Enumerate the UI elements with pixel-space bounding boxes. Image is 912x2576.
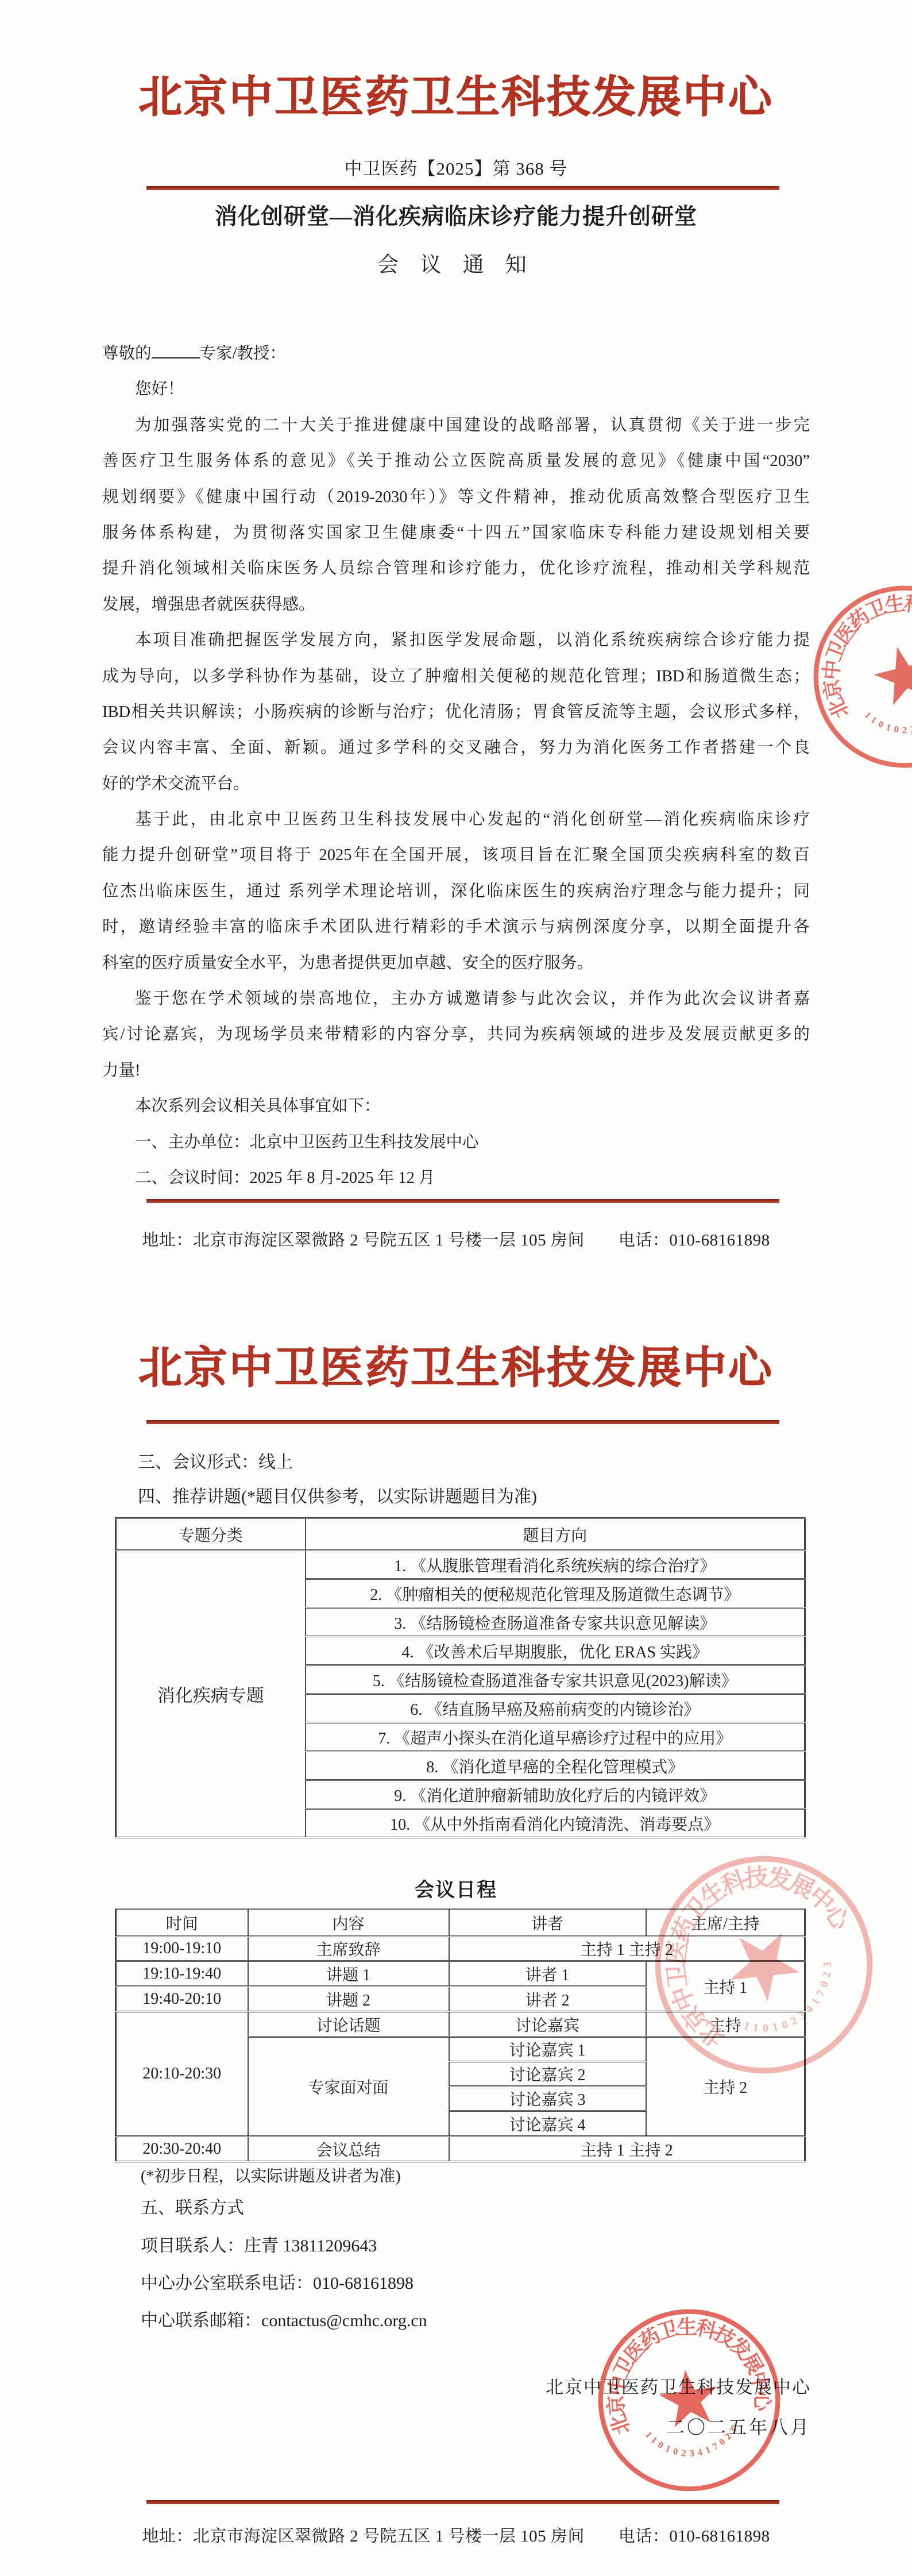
footer-address-page1: 地址：北京市海淀区翠微路 2 号院五区 1 号楼一层 105 房间 电话：010… (0, 1227, 912, 1251)
body-line: 服务体系构建，为贯彻落实国家卫生健康委“十四五”国家临床专科能力建设规划相关要 (102, 515, 810, 551)
closing-date: 二〇二五年八月 (666, 2413, 811, 2439)
footer-address-page2: 地址：北京市海淀区翠微路 2 号院五区 1 号楼一层 105 房间 电话：010… (0, 2523, 912, 2547)
item-contact: 五、联系方式 (141, 2193, 244, 2219)
agenda-cell-time: 19:40-20:10 (116, 1987, 248, 2012)
topic-row: 5. 《结肠镜检查肠道准备专家共识意见(2023)解读》 (306, 1665, 805, 1694)
body-line: 位杰出临床医生，通过 系列学术理论培训，深化临床医生的疾病治疗理念与能力提升；同 (102, 874, 810, 909)
salutation-suffix: 专家/教授： (200, 345, 286, 363)
agenda-cell-content: 讨论话题 (248, 2012, 449, 2037)
agenda-cell-content: 会议总结 (248, 2137, 449, 2162)
item-time-line: 二、会议时间：2025 年 8 月-2025 年 12 月 (102, 1160, 810, 1196)
org-title-page1: 北京中卫医药卫生科技发展中心 (0, 62, 912, 125)
salutation-blank (152, 341, 200, 358)
item-topics: 四、推荐讲题(*题目仅供参考，以实际讲题题目为准) (138, 1482, 537, 1507)
topic-row: 10. 《从中外指南看消化内镜清洗、消毒要点》 (306, 1809, 805, 1838)
body-line: 基于此，由北京中卫医药卫生科技发展中心发起的“消化创研堂—消化疾病临床诊疗 (102, 802, 810, 838)
topic-header-direction: 题目方向 (306, 1518, 805, 1551)
item-host-line: 一、主办单位：北京中卫医药卫生科技发展中心 (102, 1125, 810, 1160)
agenda-cell-chair: 主持 2 (646, 2037, 805, 2137)
agenda-cell-time: 19:00-19:10 (116, 1937, 248, 1961)
notice-title: 会 议 通 知 (0, 247, 912, 278)
topic-category-cell: 消化疾病专题 (116, 1551, 306, 1838)
topic-row: 3. 《结肠镜检查肠道准备专家共识意见解读》 (306, 1608, 805, 1637)
agenda-title: 会议日程 (0, 1874, 912, 1902)
matters-intro-line: 本次系列会议相关具体事宜如下： (102, 1089, 810, 1124)
agenda-cell-content: 主席致辞 (248, 1937, 449, 1961)
body-line: 力量! (102, 1053, 810, 1089)
item-format: 三、会议形式：线上 (138, 1448, 293, 1473)
body-line: 善医疗卫生服务体系的意见》《关于推动公立医院高质量发展的意见》《健康中国“203… (102, 444, 810, 479)
svg-text:1101023417023: 1101023417023 (861, 688, 912, 746)
body-line: 宾/讨论嘉宾，为现场学员来带精彩的内容分享，共同为疾病领域的进步及发展贡献更多的 (102, 1017, 810, 1052)
red-rule-footer1 (146, 1199, 779, 1203)
topic-row: 6. 《结直肠早癌及癌前病变的内镜诊治》 (306, 1694, 805, 1723)
letter-body: 尊敬的专家/教授： 您好！ 为加强落实党的二十大关于推进健康中国建设的战略部署，… (102, 336, 810, 1196)
org-title-page2: 北京中卫医药卫生科技发展中心 (0, 1333, 912, 1395)
body-line: 鉴于您在学术领域的崇高地位，主办方诚邀请参与此次会议，并作为此次会议讲者嘉 (102, 981, 810, 1017)
body-line: 会议内容丰富、全面、新颖。通过多学科的交叉融合，努力为消化医务工作者搭建一个良 (102, 730, 810, 766)
agenda-cell-speaker: 讨论嘉宾 (449, 2012, 646, 2037)
closing-signature: 北京中卫医药卫生科技发展中心 (546, 2373, 811, 2398)
topic-row: 4. 《改善术后早期腹胀，优化 ERAS 实践》 (306, 1637, 805, 1665)
body-line: 规划纲要》《健康中国行动（2019-2030年）》等文件精神，推动优质高效整合型… (102, 480, 810, 515)
topic-row: 8. 《消化道早癌的全程化管理模式》 (306, 1752, 805, 1780)
official-seal-signature: 北京中卫医药卫生科技发展中心 1101023417023 (573, 2284, 806, 2517)
body-line: 您好！ (102, 372, 810, 407)
seal-star-icon (869, 640, 912, 708)
red-rule-page2 (146, 1420, 779, 1424)
agenda-cell-chair: 主持 1 主持 2 (449, 1937, 805, 1961)
agenda-note: (*初步日程，以实际讲题及讲者为准) (141, 2164, 401, 2186)
topic-row: 7. 《超声小探头在消化道早癌诊疗过程中的应用》 (306, 1723, 805, 1752)
body-line: 发展，增强患者就医获得感。 (102, 587, 810, 623)
agenda-cell-speaker: 讨论嘉宾 4 (449, 2111, 646, 2137)
agenda-cell-chair: 主持 (646, 2012, 805, 2037)
agenda-cell-chair: 主持 1 主持 2 (449, 2137, 805, 2162)
topic-row: 2. 《肿瘤相关的便秘规范化管理及肠道微生态调节》 (306, 1579, 805, 1608)
contact-email: 中心联系邮箱：contactus@cmhc.org.cn (141, 2306, 427, 2331)
agenda-header-time: 时间 (116, 1909, 248, 1937)
doc-number: 中卫医药【2025】第 368 号 (0, 154, 912, 180)
body-line: 能力提升创研堂”项目将于 2025年在全国开展，该项目旨在汇聚全国顶尖疾病科室的… (102, 838, 810, 873)
svg-text:北京中卫医药卫生科技发展中心: 北京中卫医药卫生科技发展中心 (802, 574, 912, 723)
agenda-cell-content: 专家面对面 (248, 2037, 449, 2137)
agenda-cell-speaker: 讲者 2 (449, 1987, 646, 2012)
agenda-header-chair: 主席/主持 (646, 1909, 805, 1937)
red-rule-top (146, 186, 779, 190)
meeting-notice-document: 北京中卫医药卫生科技发展中心 中卫医药【2025】第 368 号 消化创研堂—消… (0, 0, 912, 2576)
body-line: 成为导向，以多学科协作为基础，设立了肿瘤相关便秘的规范化管理；IBD和肠道微生态… (102, 659, 810, 695)
agenda-cell-speaker: 讨论嘉宾 1 (449, 2037, 646, 2062)
agenda-cell-speaker: 讨论嘉宾 2 (449, 2062, 646, 2087)
body-line: 提升消化领域相关临床医务人员综合管理和诊疗能力，优化诊疗流程，推动相关学科规范 (102, 551, 810, 587)
agenda-cell-content: 讲题 2 (248, 1987, 449, 2012)
seal-ring-text: 北京中卫医药卫生科技发展中心 (802, 574, 912, 723)
topic-row: 1. 《从腹胀管理看消化系统疾病的综合治疗》 (306, 1551, 805, 1579)
topic-row: 9. 《消化道肿瘤新辅助放化疗后的内镜评效》 (306, 1780, 805, 1809)
topic-table: 专题分类 题目方向 消化疾病专题 1. 《从腹胀管理看消化系统疾病的综合治疗》 … (115, 1517, 806, 1838)
agenda-cell-content: 讲题 1 (248, 1961, 449, 1987)
agenda-header-content: 内容 (248, 1909, 449, 1937)
contact-person: 项目联系人：庄青 13811209643 (141, 2231, 377, 2257)
contact-phone: 中心办公室联系电话：010-68161898 (141, 2269, 414, 2294)
seal-code: 1101023417023 (861, 688, 912, 746)
topic-header-category: 专题分类 (116, 1518, 306, 1551)
body-line: 时，邀请经验丰富的临床手术团队进行精彩的手术演示与病例深度分享，以期全面提升各 (102, 909, 810, 945)
agenda-cell-time: 20:10-20:30 (116, 2012, 248, 2137)
agenda-cell-time: 19:10-19:40 (116, 1961, 248, 1987)
body-line: 科室的医疗质量安全水平，为患者提供更加卓越、安全的医疗服务。 (102, 946, 810, 981)
body-line: 好的学术交流平台。 (102, 766, 810, 802)
agenda-cell-time: 20:30-20:40 (116, 2137, 248, 2162)
salutation-line: 尊敬的专家/教授： (102, 336, 810, 372)
agenda-table: 时间 内容 讲者 主席/主持 19:00-19:10 主席致辞 主持 1 主持 … (115, 1908, 806, 2162)
agenda-cell-speaker: 讲者 1 (449, 1961, 646, 1987)
body-line: 本项目准确把握医学发展方向，紧扣医学发展命题，以消化系统疾病综合诊疗能力提 (102, 623, 810, 658)
agenda-cell-chair: 主持 1 (646, 1961, 805, 2012)
red-rule-footer2 (146, 2500, 779, 2504)
body-line: 为加强落实党的二十大关于推进健康中国建设的战略部署，认真贯彻《关于进一步完 (102, 408, 810, 444)
agenda-header-speaker: 讲者 (449, 1909, 646, 1937)
subject-title: 消化创研堂—消化疾病临床诊疗能力提升创研堂 (0, 199, 912, 231)
agenda-cell-speaker: 讨论嘉宾 3 (449, 2087, 646, 2111)
body-line: IBD相关共识解读；小肠疾病的诊断与治疗；优化清肠；胃食管反流等主题，会议形式多… (102, 695, 810, 730)
salutation-prefix: 尊敬的 (102, 345, 152, 363)
